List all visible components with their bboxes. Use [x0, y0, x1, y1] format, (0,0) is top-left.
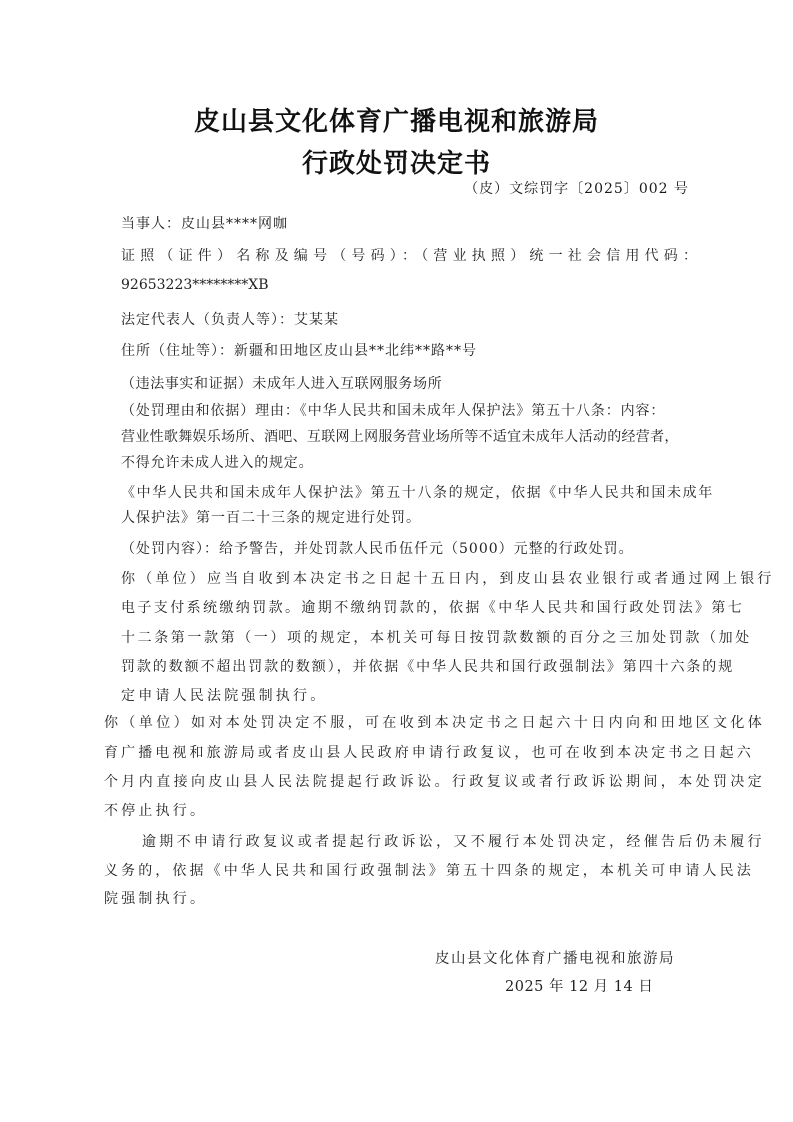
appeal-line: 不停止执行。 [104, 800, 207, 820]
payment-line: 定申请人民法院强制执行。 [121, 685, 327, 705]
basis-line: 人保护法》第一百二十三条的规定进行处罚。 [121, 507, 421, 527]
party-name: 当事人：皮山县****网咖 [121, 213, 288, 233]
basis-line: （处罚理由和依据）理由：《中华人民共和国未成年人保护法》第五十八条：内容： [121, 400, 665, 420]
payment-line: 十二条第一款第（一）项的规定，本机关可每日按罚款数额的百分之三加处罚款（加处 [121, 627, 752, 647]
basis-line: 不得允许未成人进入的规定。 [121, 452, 313, 472]
payment-line: 你（单位）应当自收到本决定书之日起十五日内，到皮山县农业银行或者通过网上银行 [121, 568, 775, 588]
doc-number: （皮）文综罚字〔2025〕002 号 [464, 178, 689, 198]
penalty-content: （处罚内容）：给予警告，并处罚款人民币伍仟元（5000）元整的行政处罚。 [121, 538, 634, 558]
payment-line: 罚款的数额不超出罚款的数额），并依据《中华人民共和国行政强制法》第四十六条的规 [121, 656, 734, 676]
appeal-line: 你（单位）如对本处罚决定不服，可在收到本决定书之日起六十日内向和田地区文化体 [104, 712, 765, 732]
license-line: 证照（证件）名称及编号（号码）：（营业执照）统一社会信用代码： [121, 245, 702, 265]
enforcement-line: 院强制执行。 [104, 888, 207, 908]
legal-representative: 法定代表人（负责人等）：艾某某 [121, 309, 339, 329]
appeal-line: 育广播电视和旅游局或者皮山县人民政府申请行政复议，也可在收到本决定书之日起六 [104, 742, 754, 762]
license-code: 92653223********XB [121, 277, 269, 293]
payment-line: 电子支付系统缴纳罚款。逾期不缴纳罚款的，依据《中华人民共和国行政处罚法》第七 [121, 597, 744, 617]
signature-date: 2025 年 12 月 14 日 [505, 975, 653, 996]
enforcement-line: 义务的，依据《中华人民共和国行政强制法》第五十四条的规定，本机关可申请人民法 [104, 860, 754, 880]
enforcement-line: 逾期不申请行政复议或者提起行政诉讼，又不履行本处罚决定，经催告后仍未履行 [142, 831, 765, 851]
violation-facts: （违法事实和证据）未成年人进入互联网服务场所 [121, 373, 442, 393]
org-title: 皮山县文化体育广播电视和旅游局 [0, 101, 793, 138]
address-line: 住所（住址等）：新疆和田地区皮山县**北纬**路**号 [121, 340, 477, 360]
doc-title: 行政处罚决定书 [0, 143, 793, 180]
signature-org: 皮山县文化体育广播电视和旅游局 [435, 947, 675, 968]
appeal-line: 个月内直接向皮山县人民法院提起行政诉讼。行政复议或者行政诉讼期间，本处罚决定 [104, 771, 765, 791]
basis-line: 营业性歌舞娱乐场所、酒吧、互联网上网服务营业场所等不适宜未成年人活动的经营者， [121, 426, 679, 446]
basis-line: 《中华人民共和国未成年人保护法》第五十八条的规定，依据《中华人民共和国未成年 [121, 482, 714, 502]
